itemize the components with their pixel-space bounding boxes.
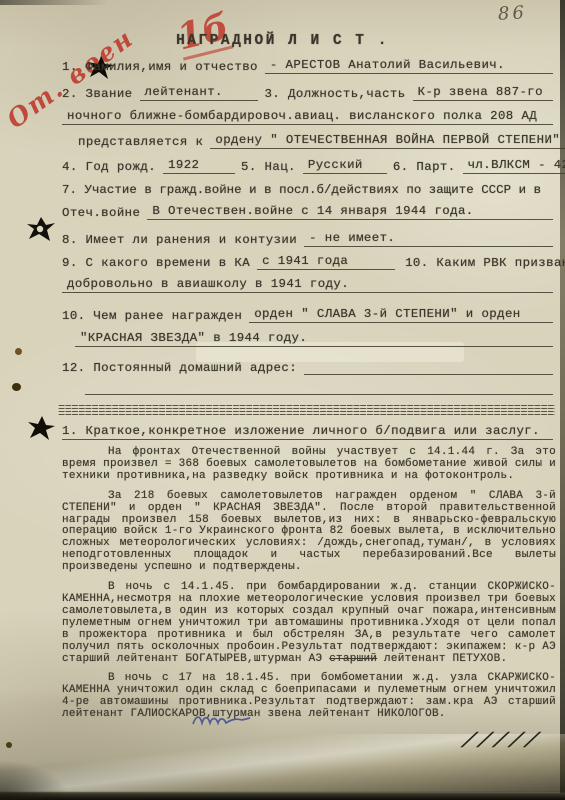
form-line-participation-2: Отеч.войне В Отечествен.войне с 14 январ… [62,204,553,220]
form-line-award: представляется к ордену " ОТЕЧЕСТВЕННАЯ … [78,133,553,149]
form-value-nationality: Русский [303,158,387,174]
form-label-drafted-by: 10. Каким РВК призван [395,256,565,270]
form-value-patriotic-war: В Отечествен.войне с 14 января 1944 года… [147,204,553,220]
bottom-edge-shadow [0,791,565,800]
form-text-participation: 7. Участие в гражд.войне и в посл.б/дейс… [62,183,548,197]
form-value-previous-awards-2: "КРАСНАЯ ЗВЕЗДА" в 1944 году. [75,331,553,347]
scanned-award-sheet: От. воен 1б 86 НАГРАДНОЙ Л И С Т . 1. Фа… [0,0,565,800]
form-label-in-army-since: 9. С какого времени в КА [62,256,257,270]
citation-paragraph-1: На фронтах Отечественной войны участвует… [62,447,556,483]
form-line-rank-position: 2. Звание лейтенант. 3. Должность,часть … [62,85,553,101]
form-value-party: чл.ВЛКСМ - 42 г. [463,158,565,174]
paper-speck [12,383,21,391]
form-label-patriotic-war: Отеч.войне [62,206,147,220]
form-value-home-address-blank [304,373,553,375]
pen-scribble-icon [190,712,260,730]
form-value-previous-awards: орден " СЛАВА 3-й СТЕПЕНИ" и орден [249,307,553,323]
form-label-name: 1. Фамилия,имя и отчество [62,60,265,74]
form-label-previous-awards: 10. Чем ранее награжден [62,309,249,323]
form-label-nationality: 5. Нац. [235,160,303,174]
form-line-participation: 7. Участие в гражд.войне и в посл.б/дейс… [62,183,553,197]
form-line-service-since: 9. С какого времени в КА с 1941 года 10.… [62,254,553,270]
form-label-position: 3. Должность,часть [258,87,413,101]
form-label-home-address: 12. Постоянный домашний адрес: [62,361,304,375]
form-line-wounds: 8. Имеет ли ранения и контузии - не имее… [62,231,553,247]
form-blank-underline [85,393,553,395]
form-value-position: К-р звена 887-го [413,85,553,101]
form-value-unit: ночного ближне-бомбардировоч.авиац. висл… [62,109,553,125]
form-value-award: ордену " ОТЕЧЕСТВЕННАЯ ВОЙНА ПЕРВОЙ СТЕП… [210,133,565,149]
section-separator: ========================================… [58,405,555,419]
tally-marks: ///// [458,731,543,754]
form-value-rank: лейтенант. [140,85,258,101]
form-value-birth-year: 1922 [163,158,235,174]
form-value-in-army-since: с 1941 года [257,254,395,270]
page-number: 86 [497,2,527,24]
form-label-party: 6. Парт. [387,160,463,174]
punch-hole-ink-blot-lower-icon [28,416,56,441]
top-edge-shadow [0,0,120,5]
form-line-previous-awards: 10. Чем ранее награжден орден " СЛАВА 3-… [62,307,553,323]
form-line-unit: ночного ближне-бомбардировоч.авиац. висл… [62,109,553,125]
citation-paragraph-2: За 218 боевых самолетовылетов награжден … [62,491,556,574]
form-label-wounds: 8. Имеет ли ранения и контузии [62,233,304,247]
section-heading: 1. Краткое,конкретное изложение личного … [62,424,553,440]
citation-text: На фронтах Отечественной войны участвует… [62,447,556,729]
form-line-previous-awards-2: "КРАСНАЯ ЗВЕЗДА" в 1944 году. [75,331,553,347]
form-label-rank: 2. Звание [62,87,140,101]
section-heading-row: 1. Краткое,конкретное изложение личного … [62,424,553,440]
paper-speck [6,742,12,748]
form-line-home-address: 12. Постоянный домашний адрес: [62,361,553,375]
citation-paragraph-4: В ночь с 17 на 18.1.45. при бомбометании… [62,673,556,721]
form-value-drafted-by: добровольно в авиашколу в 1941 году. [62,277,553,293]
right-edge-shadow [560,0,565,800]
separator-row-2: ========================================… [58,411,555,417]
struck-through-word: старший [329,653,377,665]
form-line-name: 1. Фамилия,имя и отчество - АРЕСТОВ Анат… [62,58,553,74]
form-value-name: - АРЕСТОВ Анатолий Васильевич. [265,58,553,74]
punch-hole-ink-blot-icon [26,216,56,242]
paper-speck [15,348,22,355]
document-title: НАГРАДНОЙ Л И С Т . [0,33,565,49]
bottom-left-corner-shadow [0,760,70,800]
form-line-blank [85,393,553,395]
form-line-drafted-by-value: добровольно в авиашколу в 1941 году. [62,277,553,293]
form-value-wounds: - не имеет. [304,231,553,247]
form-label-birth-year: 4. Год рожд. [62,160,163,174]
citation-paragraph-3: В ночь с 14.1.45. при бомбардировании ж.… [62,582,556,665]
form-label-award: представляется к [78,135,210,149]
form-line-birth-nationality-party: 4. Год рожд. 1922 5. Нац. Русский 6. Пар… [62,158,553,174]
citation-paragraph-3-end: лейтенант ПЕТУХОВ. [377,653,507,665]
